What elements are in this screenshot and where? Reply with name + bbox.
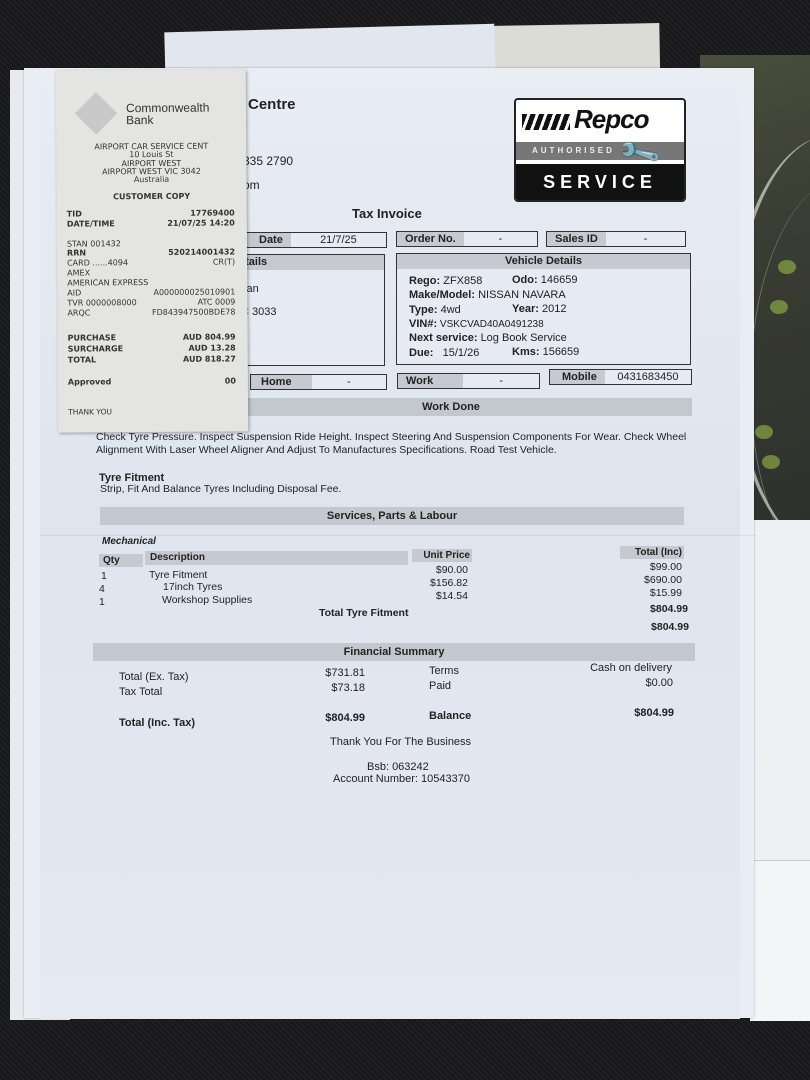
work-done-head: Work Done [210,398,692,416]
purchase-row: PURCHASEAUD 804.99 [68,332,236,342]
subtotal-label: Total Tyre Fitment [319,607,408,619]
vehicle-details-head: Vehicle Details [397,254,690,269]
document-title: Tax Invoice [352,206,422,221]
tax-total-label: Tax Total [119,686,162,698]
vin: VIN#: VSKCVAD40A0491238 [409,318,544,330]
card-type-short: AMEX [67,267,235,277]
balance-value: $804.99 [600,707,674,719]
tvr-row: TVR 0000008000ATC 0009 [67,297,235,307]
rrn-row: RRN520214001432 [67,247,235,257]
business-title: Centre [248,96,296,113]
inc-tax-label: Total (Inc. Tax) [119,717,195,729]
customer-details-head: etails [229,255,384,270]
make-model: Make/Model: NISSAN NAVARA [409,289,566,301]
home-value: - [312,376,386,388]
customer-details-panel: etails can C 3033 [228,254,385,366]
paid-value: $0.00 [600,677,673,689]
section-mechanical: Mechanical [102,536,156,547]
account-number: Account Number: 10543370 [333,773,470,785]
bsb: Bsb: 063242 [367,761,429,773]
approved-row: Approved00 [68,376,236,386]
work-done-line2: Alignment With Laser Wheel Aligner And A… [96,444,557,456]
tid-row: TID17769400 [67,208,235,218]
column-qty: Qty [99,554,143,567]
service-kms: Kms: 156659 [512,346,579,358]
business-phone: 335 2790 [243,154,293,168]
surcharge-row: SURCHARGEAUD 13.28 [68,343,236,353]
thank-you-note: Thank You For The Business [330,736,471,748]
tax-total-value: $73.18 [300,682,365,694]
vehicle-details-panel: Vehicle Details Rego: ZFX858 Odo: 146659… [396,253,691,365]
grand-total-value: $804.99 [620,621,689,633]
background-sheet-right-lower [750,860,810,1021]
mobile-value: 0431683450 [605,371,691,383]
aid-row: AIDA000000025010901 [67,287,235,297]
vehicle-year: Year: 2012 [512,303,566,315]
bank-name: CommonwealthBank [126,102,210,127]
card-row: CARD ......4094CR(T) [67,257,235,267]
sales-id-value: - [606,233,685,245]
home-phone-field: Home - [250,374,387,390]
datetime-row: DATE/TIME21/07/25 14:20 [67,218,235,228]
logo-service: SERVICE [516,164,684,200]
column-description: Description [145,551,408,565]
work-done-line1: Check Tyre Pressure. Inspect Suspension … [96,431,686,443]
order-label: Order No. [397,232,464,246]
total-row: TOTALAUD 818.27 [68,354,236,364]
balance-label: Balance [429,710,471,722]
copy-label: CUSTOMER COPY [57,191,247,201]
terms-label: Terms [429,665,459,677]
order-value: - [464,233,537,245]
vehicle-type: Type: 4wd [409,304,461,316]
work-value: - [463,375,539,387]
rego: Rego: ZFX858 [409,275,482,287]
logo-stripes [522,114,570,130]
subtotal-value: $804.99 [620,603,688,615]
paid-label: Paid [429,680,451,692]
date-value: 21/7/25 [291,234,386,246]
service-due: Due: 15/1/26 [409,347,479,359]
sales-id-label: Sales ID [547,232,606,246]
next-service: Next service: Log Book Service [409,332,567,344]
financial-summary-head: Financial Summary [93,643,695,661]
tyre-fitment-text: Strip, Fit And Balance Tyres Including D… [100,483,341,495]
home-label: Home [251,375,312,389]
work-phone-field: Work - [397,373,540,389]
logo-brand: Repco [574,104,648,135]
services-head: Services, Parts & Labour [100,507,684,525]
receipt-thanks: THANK YOU [68,406,236,416]
arqc-row: ARQCFD843947500BDE78 [67,307,235,317]
card-type: AMERICAN EXPRESS [67,277,235,287]
cba-diamond-icon [75,92,117,134]
mobile-label: Mobile [550,370,605,384]
column-total: Total (Inc) [620,546,684,559]
ex-tax-value: $731.81 [300,667,365,679]
mobile-field: Mobile 0431683450 [549,369,692,385]
order-field: Order No. - [396,231,538,247]
merchant-country: Australia [56,174,246,184]
repco-logo: Repco AUTHORISED 🔧 SERVICE [514,98,686,202]
column-unit-price: Unit Price [412,549,472,562]
eftpos-receipt: CommonwealthBank AIRPORT CAR SERVICE CEN… [56,69,249,432]
odometer: Odo: 146659 [512,274,577,286]
inc-tax-value: $804.99 [300,712,365,724]
date-field: Date 21/7/25 [228,232,387,248]
terms-value: Cash on delivery [560,662,672,674]
work-label: Work [398,374,463,388]
ex-tax-label: Total (Ex. Tax) [119,671,189,683]
sales-id-field: Sales ID - [546,231,686,247]
